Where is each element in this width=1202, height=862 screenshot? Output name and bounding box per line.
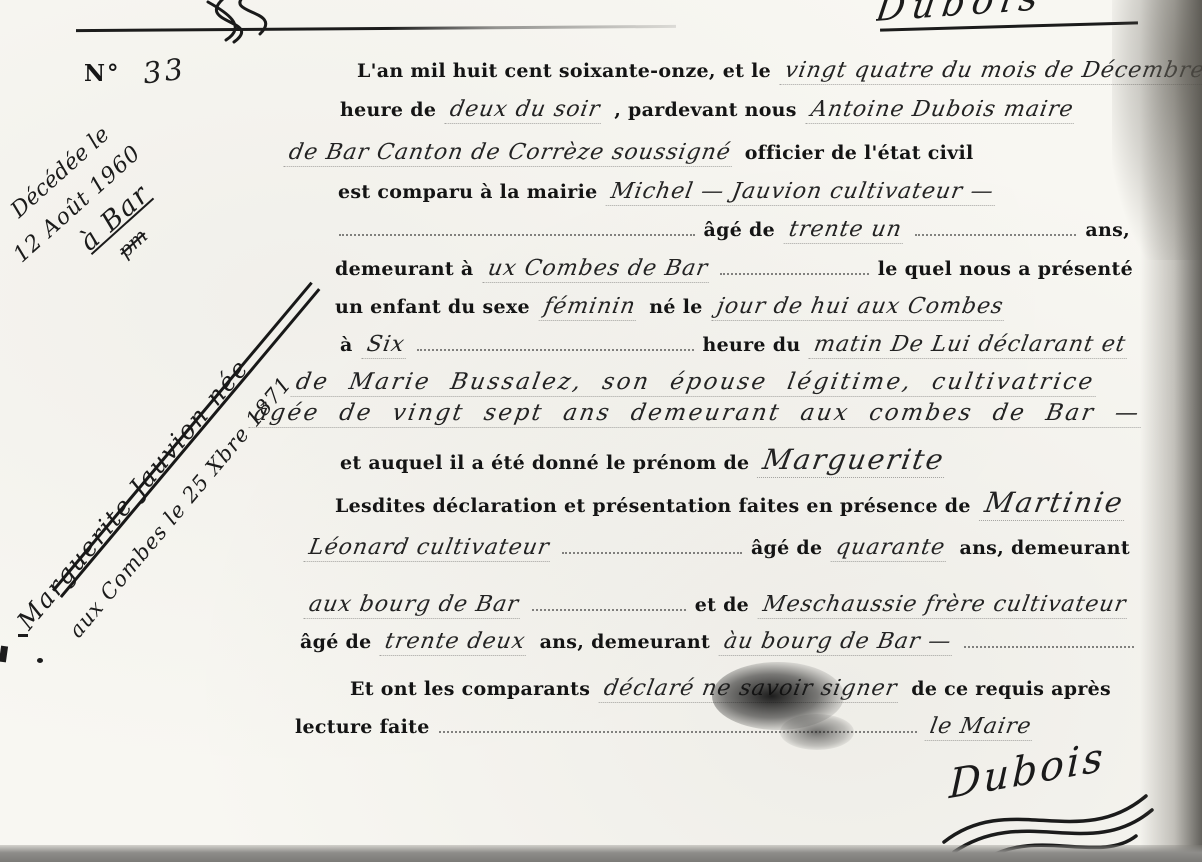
printed-text: et auquel il a été donné le prénom de [340, 452, 749, 474]
ink-speck [18, 634, 28, 637]
handwritten-text: Léonard cultivateur [304, 535, 555, 562]
printed-text: Lesdites déclaration et présentation fai… [335, 495, 971, 517]
act-line-5: âgé detrente unans, [335, 217, 1135, 244]
scan-corner-speckle [1112, 0, 1202, 260]
printed-text: le quel nous a présenté [878, 258, 1133, 280]
dotted-leader [339, 221, 695, 236]
act-line-1: L'an mil huit cent soixante-onze, et lev… [352, 58, 1138, 85]
act-line-14: aux bourg de Baret deMeschaussie frère c… [300, 592, 1135, 619]
handwritten-text: Meschaussie frère cultivateur [758, 592, 1132, 619]
handwritten-text: Michel — Jauvion cultivateur — [606, 179, 999, 206]
handwritten-text: ux Combes de Bar [482, 256, 713, 283]
ink-speck [37, 658, 43, 663]
handwritten-text: matin De Lui déclarant et [809, 332, 1131, 359]
handwritten-text: Marguerite [757, 443, 951, 478]
handwritten-text: âgée de vingt sept ans demeurant aux com… [249, 400, 1146, 428]
handwritten-text: Martinie [979, 486, 1130, 521]
act-line-7: un enfant du sexefémininné lejour de hui… [330, 294, 1138, 321]
handwritten-text: de Marie Bussalez, son épouse légitime, … [291, 369, 1100, 397]
printed-text: âgé de [300, 631, 371, 653]
printed-text: un enfant du sexe [335, 296, 530, 318]
act-line-17: lecture faitele Maire [290, 714, 1040, 741]
printed-text: L'an mil huit cent soixante-onze, et le [357, 60, 771, 82]
printed-text: heure du [703, 334, 801, 356]
printed-text: heure de [340, 99, 436, 121]
handwritten-text: jour de hui aux Combes [711, 294, 1008, 321]
printed-text: officier de l'état civil [745, 142, 974, 164]
printed-text: lecture faite [295, 716, 430, 738]
handwritten-text: quarante [831, 535, 951, 562]
act-body: L'an mil huit cent soixante-onze, et lev… [0, 0, 1202, 862]
printed-text: âgé de [751, 537, 822, 559]
handwritten-text: àu bourg de Bar — [719, 629, 957, 656]
act-line-11: et auquel il a été donné le prénom deMar… [335, 443, 1135, 478]
act-line-13: Léonard cultivateurâgé dequaranteans, de… [300, 535, 1135, 562]
dotted-leader [532, 596, 686, 611]
printed-text: est comparu à la mairie [338, 181, 597, 203]
handwritten-text: de Bar Canton de Corrèze soussigné [284, 140, 736, 167]
printed-text: Et ont les comparants [350, 678, 590, 700]
printed-text: de ce requis après [911, 678, 1111, 700]
act-line-10: âgée de vingt sept ans demeurant aux com… [245, 400, 1105, 428]
printed-text: , pardevant nous [614, 99, 797, 121]
handwritten-text: le Maire [924, 714, 1036, 741]
dotted-leader [417, 336, 693, 351]
scan-bottom-edge [0, 845, 1202, 862]
act-line-6: demeurant àux Combes de Barle quel nous … [330, 256, 1138, 283]
printed-text: demeurant à [335, 258, 474, 280]
scanned-birth-record-page: { "colors": { "ink": "#1b1b1b", "paper":… [0, 0, 1202, 862]
printed-text: à [340, 334, 353, 356]
act-line-12: Lesdites déclaration et présentation fai… [330, 486, 1135, 521]
handwritten-text: aux bourg de Bar [304, 592, 524, 619]
act-line-15: âgé detrente deuxans, demeurantàu bourg … [295, 629, 1138, 656]
handwritten-text: trente deux [380, 629, 531, 656]
handwritten-text: trente un [784, 217, 908, 244]
printed-text: et de [695, 594, 749, 616]
printed-text: ans, demeurant [959, 537, 1130, 559]
act-line-4: est comparu à la mairieMichel — Jauvion … [333, 179, 1133, 206]
dotted-leader [915, 221, 1077, 236]
printed-text: âgé de [704, 219, 775, 241]
handwritten-text: Antoine Dubois maire [805, 97, 1078, 124]
printed-text: né le [649, 296, 702, 318]
dotted-leader [562, 539, 742, 554]
act-line-9: de Marie Bussalez, son épouse légitime, … [287, 369, 1147, 397]
dotted-leader [720, 260, 868, 275]
handwritten-text: féminin [538, 294, 640, 321]
handwritten-text: deux du soir [445, 97, 606, 124]
act-line-8: àSixheure dumatin De Lui déclarant et [335, 332, 1135, 359]
ink-blot [780, 714, 854, 750]
act-line-3: de Bar Canton de Corrèze soussignéoffici… [280, 140, 1070, 167]
printed-text: ans, demeurant [540, 631, 711, 653]
act-line-2: heure dedeux du soir, pardevant nousAnto… [335, 97, 1138, 124]
dotted-leader [964, 633, 1134, 648]
handwritten-text: Six [361, 332, 409, 359]
